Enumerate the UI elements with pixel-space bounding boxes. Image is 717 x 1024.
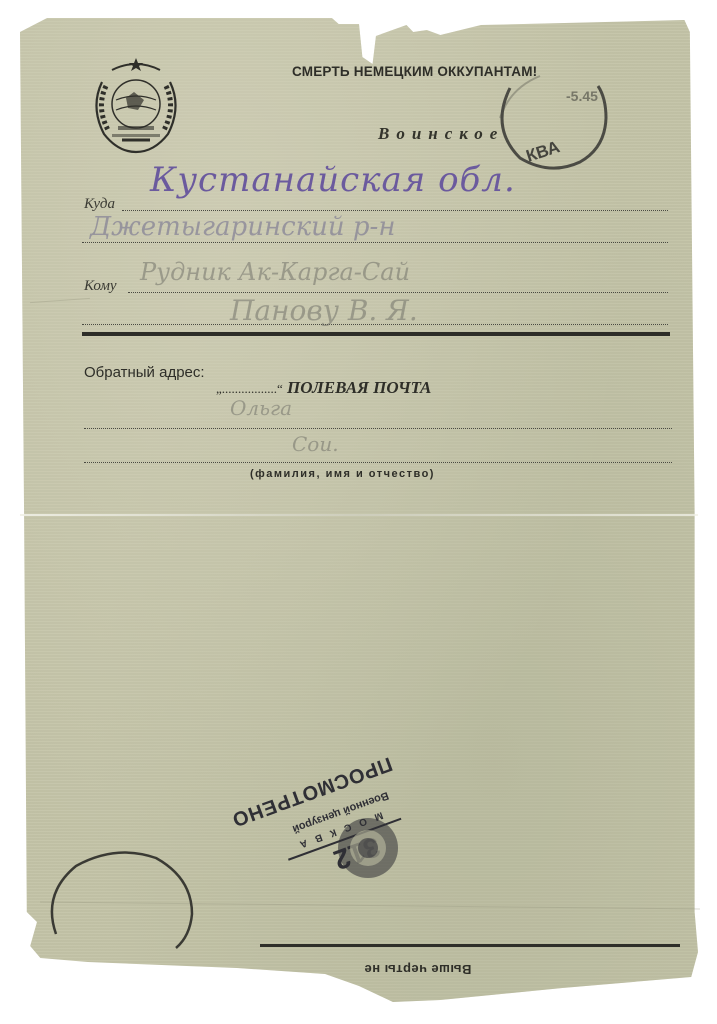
- to-whom-handwriting-2: Панову В. Я.: [230, 294, 418, 327]
- address-divider: [82, 332, 670, 336]
- return-line-2: [84, 462, 672, 463]
- field-post-text: ПОЛЕВАЯ ПОЧТА: [287, 378, 431, 397]
- censor-seal-icon: [328, 808, 408, 888]
- to-whom-handwriting-1: Рудник Ак-Карга-Сай: [140, 258, 410, 286]
- to-where-handwriting-2: Джетыгаринский р-н: [90, 212, 395, 242]
- ussr-emblem-icon: [82, 52, 190, 160]
- return-address-label: Обратный адрес:: [84, 364, 205, 381]
- name-caption: (фамилия, имя и отчество): [250, 468, 435, 480]
- to-whom-line-1: [128, 292, 668, 293]
- return-handwriting-2: Сои.: [292, 432, 339, 456]
- bottom-upside-down-text: Выше черты не: [364, 962, 471, 977]
- field-post-blank: „.................“: [216, 381, 283, 396]
- bottom-divider: [260, 944, 680, 947]
- censor-stamp: ПРОСМОТРЕНО Военной цензурой М О С К В А…: [232, 726, 412, 886]
- round-postmark-icon: [36, 844, 206, 954]
- to-where-line-1: [122, 210, 668, 211]
- to-whom-label: Кому: [84, 278, 117, 295]
- to-where-line-2: [82, 242, 668, 243]
- fold-crease: [20, 514, 698, 516]
- field-post-title: „.................“ ПОЛЕВАЯ ПОЧТА: [216, 378, 431, 398]
- return-handwriting-1: Ольга: [230, 396, 292, 420]
- to-where-handwriting-1: Кустанайская обл.: [150, 160, 516, 200]
- return-line-1: [84, 428, 672, 429]
- to-where-label: Куда: [84, 196, 115, 213]
- postmark-date: -5.45: [566, 88, 598, 104]
